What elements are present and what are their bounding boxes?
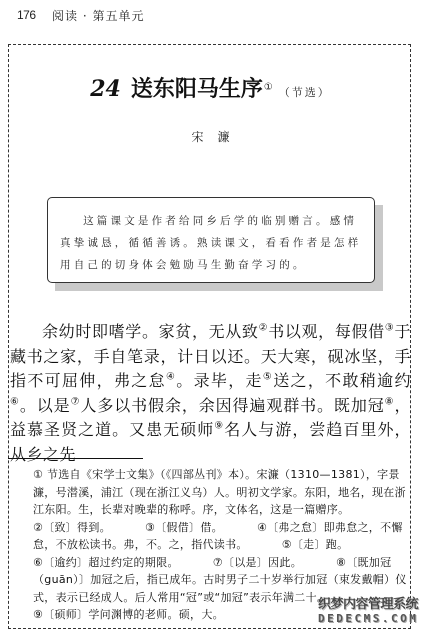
main-paragraph: 余幼时即嗜学。家贫，无从致②书以观，每假借③于藏书之家，手自笔录，计日以还。天大… bbox=[10, 320, 411, 467]
footnote-ref-9[interactable]: ⑨ bbox=[214, 421, 224, 432]
footnote-1: ① 节选自《宋学士文集》（《四部丛刊》本）。宋濂（1310—1381），字景濂，… bbox=[33, 466, 411, 519]
page-number: 176 bbox=[17, 8, 36, 22]
footnote-ref-2[interactable]: ② bbox=[259, 323, 269, 334]
text-run: 人多以书假余，余因得遍观群书。既加冠 bbox=[80, 396, 384, 415]
footnote-3: ③〔假借〕借。 bbox=[145, 521, 223, 534]
watermark-en: DEDECMS.COM bbox=[318, 612, 418, 626]
footnote-row: ②〔致〕得到。③〔假借〕借。④〔弗之怠〕即弗怠之，不懈怠，不放松读书。弗，不。之… bbox=[33, 519, 411, 554]
footnote-ref-7[interactable]: ⑦ bbox=[71, 396, 81, 407]
footnote-ref-4[interactable]: ④ bbox=[166, 372, 176, 383]
lesson-number: 24 bbox=[90, 76, 121, 102]
excerpt-note: （节选） bbox=[279, 86, 331, 99]
footnote-ref-3[interactable]: ③ bbox=[385, 323, 395, 334]
footnote-ref-5[interactable]: ⑤ bbox=[263, 372, 273, 383]
author-name: 宋濂 bbox=[0, 128, 421, 145]
footnote-6: ⑥〔逾约〕超过约定的期限。 bbox=[33, 556, 179, 569]
footnote-7: ⑦〔以是〕因此。 bbox=[213, 556, 302, 569]
title-footnote-mark[interactable]: ① bbox=[264, 82, 273, 93]
unit-label: 阅读 · 第五单元 bbox=[52, 7, 144, 24]
footnote-divider bbox=[8, 458, 143, 459]
footnote-2: ②〔致〕得到。 bbox=[33, 521, 111, 534]
lesson-heading: 24送东阳马生序①（节选） bbox=[0, 72, 421, 103]
footnote-5: ⑤〔走〕跑。 bbox=[282, 538, 349, 551]
text-run: 。以是 bbox=[20, 396, 71, 415]
footnote-ref-6[interactable]: ⑥ bbox=[10, 396, 20, 407]
intro-text: 这篇课文是作者给同乡后学的临别赠言。感情真挚诚恳，循循善诱。熟读课文，看看作者是… bbox=[60, 210, 362, 276]
text-run: 书以观，每假借 bbox=[268, 322, 385, 341]
watermark: 织梦内容管理系统 DEDECMS.COM bbox=[318, 597, 418, 626]
main-text: 余幼时即嗜学。家贫，无从致②书以观，每假借③于藏书之家，手自笔录，计日以还。天大… bbox=[10, 320, 411, 467]
text-run: 余幼时即嗜学。家贫，无从致 bbox=[42, 322, 259, 341]
page-header: 176 阅读 · 第五单元 bbox=[0, 0, 421, 30]
footnote-ref-8[interactable]: ⑧ bbox=[385, 396, 395, 407]
text-run: 送之，不敢稍逾约 bbox=[273, 371, 411, 390]
intro-box: 这篇课文是作者给同乡后学的临别赠言。感情真挚诚恳，循循善诱。熟读课文，看看作者是… bbox=[47, 197, 375, 283]
lesson-title: 送东阳马生序 bbox=[131, 77, 263, 102]
text-run: 。录毕，走 bbox=[176, 371, 263, 390]
watermark-cn: 织梦内容管理系统 bbox=[318, 597, 418, 612]
